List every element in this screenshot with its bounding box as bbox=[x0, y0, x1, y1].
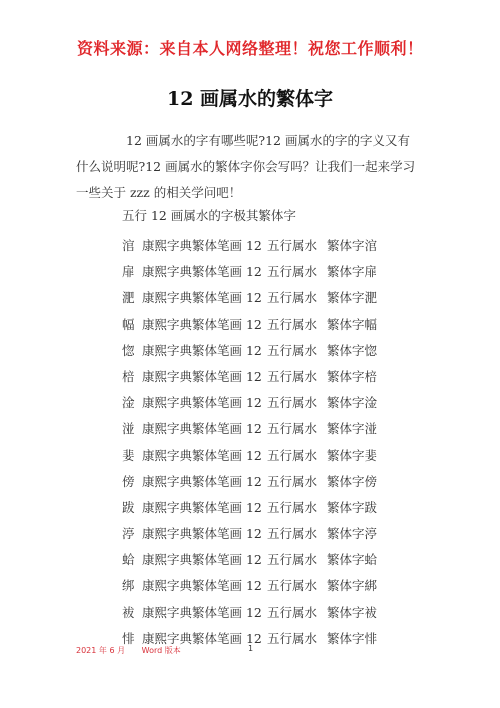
row-description: 康熙字典繁体笔画 12 bbox=[142, 443, 267, 469]
row-description: 康熙字典繁体笔画 12 bbox=[142, 390, 267, 416]
row-description: 康熙字典繁体笔画 12 bbox=[142, 469, 267, 495]
list-item: 幅康熙字典繁体笔画 12五行属水繁体字幅 bbox=[122, 312, 377, 338]
row-character: 婓 bbox=[122, 443, 142, 469]
row-element: 五行属水 bbox=[267, 469, 327, 495]
row-character: 跋 bbox=[122, 495, 142, 521]
list-item: 渟康熙字典繁体笔画 12五行属水繁体字渟 bbox=[122, 521, 377, 547]
row-character: 蛤 bbox=[122, 547, 142, 573]
document-title: 12 画属水的繁体字 bbox=[0, 84, 500, 111]
row-traditional: 繁体字棓 bbox=[327, 364, 377, 390]
row-character: 湴 bbox=[122, 416, 142, 442]
row-element: 五行属水 bbox=[267, 390, 327, 416]
row-element: 五行属水 bbox=[267, 547, 327, 573]
row-character: 棓 bbox=[122, 364, 142, 390]
row-traditional: 繁体字悱 bbox=[327, 626, 377, 652]
row-description: 康熙字典繁体笔画 12 bbox=[142, 338, 267, 364]
source-note: 资料来源：来自本人网络整理！祝您工作顺利！ bbox=[77, 36, 424, 59]
list-item: 傍康熙字典繁体笔画 12五行属水繁体字傍 bbox=[122, 469, 377, 495]
list-item: 棓康熙字典繁体笔画 12五行属水繁体字棓 bbox=[122, 364, 377, 390]
row-element: 五行属水 bbox=[267, 443, 327, 469]
page-number: 1 bbox=[248, 644, 253, 653]
list-item: 跋康熙字典繁体笔画 12五行属水繁体字跋 bbox=[122, 495, 377, 521]
section-heading: 五行 12 画属水的字极其繁体字 bbox=[122, 206, 296, 224]
character-list: 涫康熙字典繁体笔画 12五行属水繁体字涫扉康熙字典繁体笔画 12五行属水繁体字扉… bbox=[122, 233, 377, 652]
list-item: 淝康熙字典繁体笔画 12五行属水繁体字淝 bbox=[122, 285, 377, 311]
row-element: 五行属水 bbox=[267, 364, 327, 390]
row-description: 康熙字典繁体笔画 12 bbox=[142, 521, 267, 547]
list-item: 婓康熙字典繁体笔画 12五行属水繁体字婓 bbox=[122, 443, 377, 469]
row-description: 康熙字典繁体笔画 12 bbox=[142, 547, 267, 573]
row-description: 康熙字典繁体笔画 12 bbox=[142, 495, 267, 521]
row-character: 淦 bbox=[122, 390, 142, 416]
intro-text: 12 画属水的字有哪些呢?12 画属水的字的字义又有什么说明呢?12 画属水的繁… bbox=[76, 128, 422, 206]
row-traditional: 繁体字綁 bbox=[327, 573, 377, 599]
row-description: 康熙字典繁体笔画 12 bbox=[142, 233, 267, 259]
row-description: 康熙字典繁体笔画 12 bbox=[142, 416, 267, 442]
row-element: 五行属水 bbox=[267, 573, 327, 599]
list-item: 扉康熙字典繁体笔画 12五行属水繁体字扉 bbox=[122, 259, 377, 285]
row-description: 康熙字典繁体笔画 12 bbox=[142, 364, 267, 390]
row-description: 康熙字典繁体笔画 12 bbox=[142, 285, 267, 311]
row-traditional: 繁体字淝 bbox=[327, 285, 377, 311]
list-item: 湴康熙字典繁体笔画 12五行属水繁体字湴 bbox=[122, 416, 377, 442]
row-element: 五行属水 bbox=[267, 285, 327, 311]
row-traditional: 繁体字跋 bbox=[327, 495, 377, 521]
list-item: 惚康熙字典繁体笔画 12五行属水繁体字惚 bbox=[122, 338, 377, 364]
list-item: 蛤康熙字典繁体笔画 12五行属水繁体字蛤 bbox=[122, 547, 377, 573]
footer-date: 2021 年 6 月 bbox=[76, 646, 125, 655]
footer: 2021 年 6 月 Word 版本 bbox=[76, 645, 181, 656]
row-element: 五行属水 bbox=[267, 626, 327, 652]
row-description: 康熙字典繁体笔画 12 bbox=[142, 312, 267, 338]
row-traditional: 繁体字湴 bbox=[327, 416, 377, 442]
row-character: 绑 bbox=[122, 573, 142, 599]
row-character: 惚 bbox=[122, 338, 142, 364]
row-description: 康熙字典繁体笔画 12 bbox=[142, 573, 267, 599]
row-element: 五行属水 bbox=[267, 259, 327, 285]
row-traditional: 繁体字扉 bbox=[327, 259, 377, 285]
row-character: 扉 bbox=[122, 259, 142, 285]
list-item: 袚康熙字典繁体笔画 12五行属水繁体字袚 bbox=[122, 600, 377, 626]
list-item: 淦康熙字典繁体笔画 12五行属水繁体字淦 bbox=[122, 390, 377, 416]
row-character: 傍 bbox=[122, 469, 142, 495]
intro-paragraph: 12 画属水的字有哪些呢?12 画属水的字的字义又有什么说明呢?12 画属水的繁… bbox=[76, 128, 422, 206]
row-traditional: 繁体字袚 bbox=[327, 600, 377, 626]
row-element: 五行属水 bbox=[267, 521, 327, 547]
row-element: 五行属水 bbox=[267, 600, 327, 626]
row-traditional: 繁体字淦 bbox=[327, 390, 377, 416]
footer-version: Word 版本 bbox=[142, 646, 181, 655]
list-item: 绑康熙字典繁体笔画 12五行属水繁体字綁 bbox=[122, 573, 377, 599]
document-page: 资料来源：来自本人网络整理！祝您工作顺利！ 12 画属水的繁体字 12 画属水的… bbox=[0, 0, 500, 708]
row-element: 五行属水 bbox=[267, 495, 327, 521]
row-element: 五行属水 bbox=[267, 338, 327, 364]
row-description: 康熙字典繁体笔画 12 bbox=[142, 600, 267, 626]
row-traditional: 繁体字涫 bbox=[327, 233, 377, 259]
row-character: 涫 bbox=[122, 233, 142, 259]
row-traditional: 繁体字渟 bbox=[327, 521, 377, 547]
row-traditional: 繁体字幅 bbox=[327, 312, 377, 338]
row-character: 幅 bbox=[122, 312, 142, 338]
row-character: 淝 bbox=[122, 285, 142, 311]
row-character: 袚 bbox=[122, 600, 142, 626]
row-description: 康熙字典繁体笔画 12 bbox=[142, 259, 267, 285]
row-element: 五行属水 bbox=[267, 312, 327, 338]
row-traditional: 繁体字傍 bbox=[327, 469, 377, 495]
row-character: 渟 bbox=[122, 521, 142, 547]
row-element: 五行属水 bbox=[267, 416, 327, 442]
row-traditional: 繁体字蛤 bbox=[327, 547, 377, 573]
row-element: 五行属水 bbox=[267, 233, 327, 259]
list-item: 涫康熙字典繁体笔画 12五行属水繁体字涫 bbox=[122, 233, 377, 259]
row-traditional: 繁体字婓 bbox=[327, 443, 377, 469]
row-traditional: 繁体字惚 bbox=[327, 338, 377, 364]
